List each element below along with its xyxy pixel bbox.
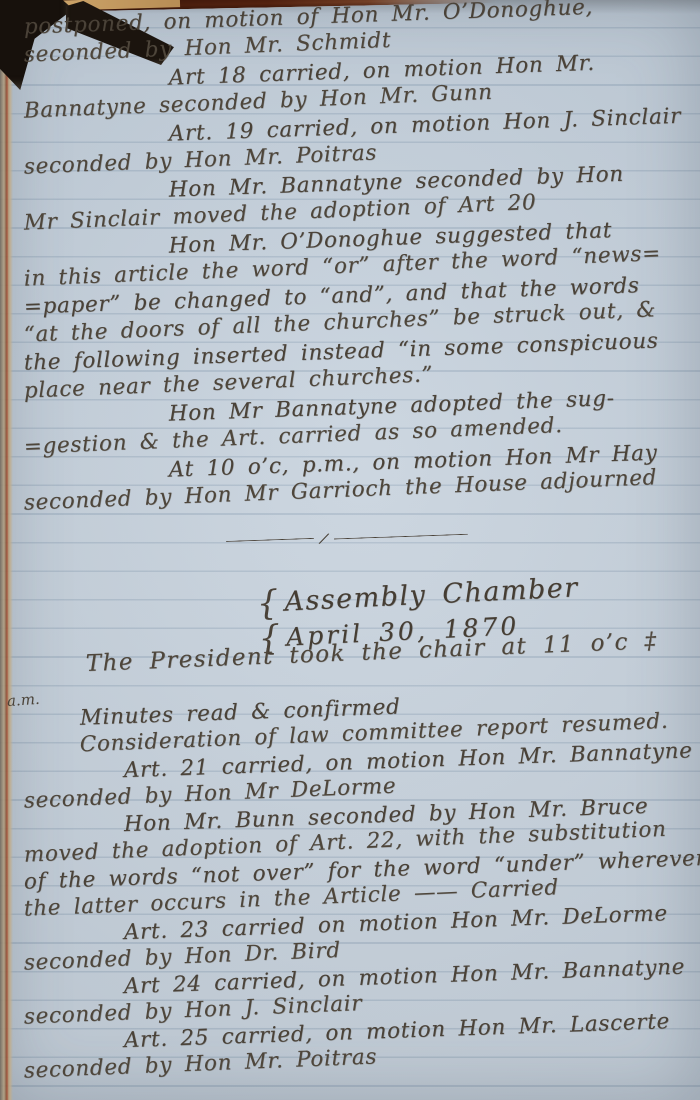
- divider-rule-right: [334, 533, 468, 539]
- minutes-previous-session-block: postponed, on motion of Hon Mr. O’Donogh…: [14, 14, 700, 518]
- section-divider: /: [226, 529, 476, 547]
- brace-flourish: {: [256, 587, 279, 618]
- book-gutter-page-edges: [0, 0, 13, 1100]
- minutes-current-session-block: Minutes read & confirmed Consideration o…: [14, 707, 700, 1085]
- divider-rule-left: [226, 537, 314, 541]
- manuscript-page-scan: postponed, on motion of Hon Mr. O’Donogh…: [0, 0, 700, 1100]
- divider-flourish: /: [312, 527, 336, 550]
